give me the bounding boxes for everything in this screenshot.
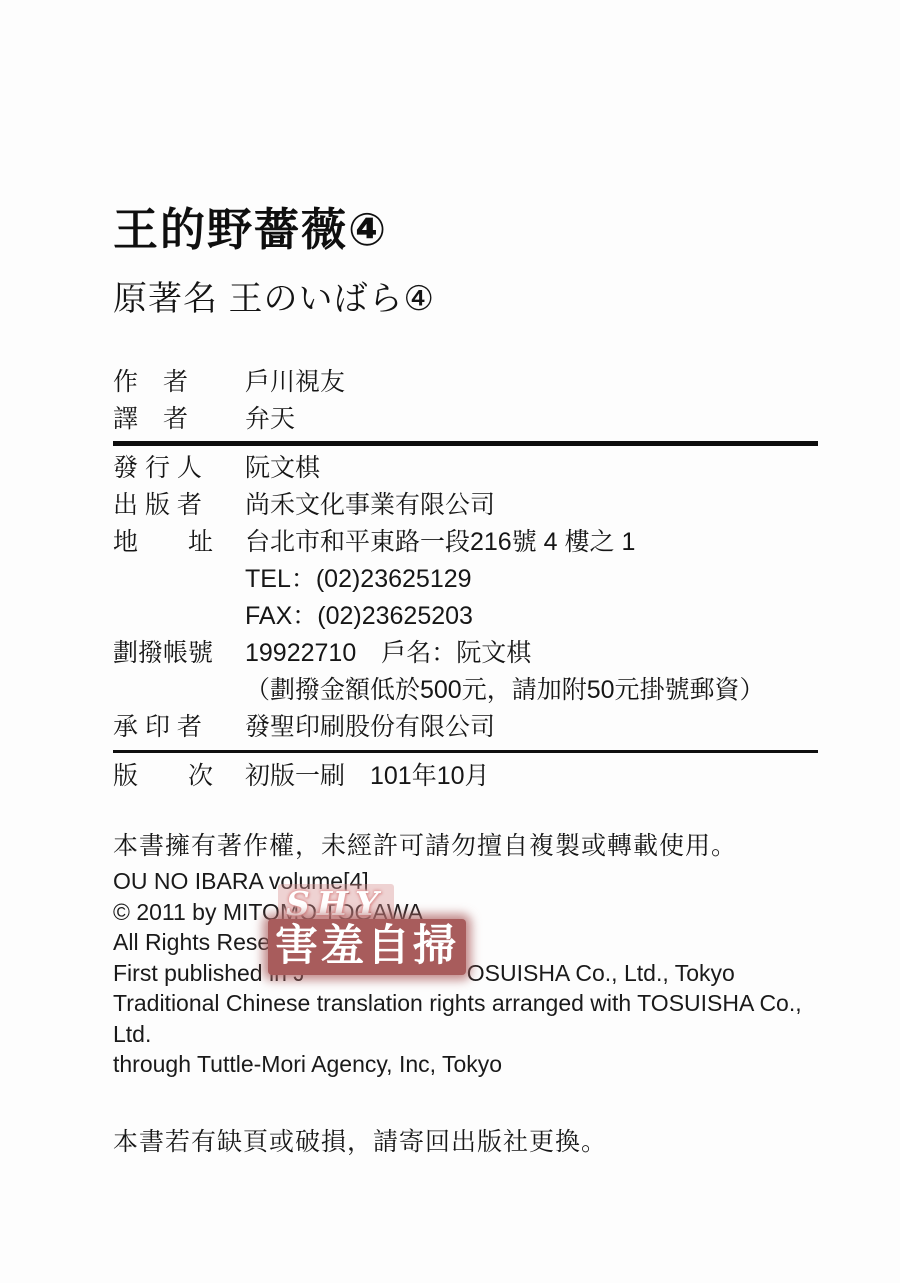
row-value: 弁天 — [245, 401, 828, 438]
row-value: 發聖印刷股份有限公司 — [245, 709, 828, 746]
first-published-suffix: OSUISHA Co., Ltd., Tokyo — [467, 960, 735, 986]
table-row-edition: 版 次 初版一刷 101年10月 — [113, 758, 828, 795]
colophon-page: 王的野薔薇④ 原著名 王のいばら④ 作 者 戶川視友 譯 者 弁天 發 行 人 … — [0, 0, 900, 1283]
row-value: 19922710 戶名：阮文棋 — [245, 635, 828, 672]
agency-line: through Tuttle-Mori Agency, Inc, Tokyo — [113, 1049, 828, 1080]
divider-thick — [113, 441, 818, 446]
table-row-author: 作 者 戶川視友 — [113, 364, 828, 401]
row-label: 承 印 者 — [113, 709, 245, 746]
row-label — [113, 598, 245, 635]
divider-thin — [113, 750, 818, 753]
table-row-fax: FAX：(02)23625203 — [113, 598, 828, 635]
row-value: 初版一刷 101年10月 — [245, 758, 828, 795]
page-title: 王的野薔薇④ — [113, 202, 828, 258]
row-label — [113, 561, 245, 598]
rights-block: 本書擁有著作權，未經許可請勿擅自複製或轉載使用。 OU NO IBARA vol… — [113, 826, 828, 1080]
table-row-printer: 承 印 者 發聖印刷股份有限公司 — [113, 709, 828, 746]
row-value: 尚禾文化事業有限公司 — [245, 487, 828, 524]
row-label: 作 者 — [113, 364, 245, 401]
copyright-notice-zh: 本書擁有著作權，未經許可請勿擅自複製或轉載使用。 — [113, 826, 828, 866]
reserved-line: All Rights Reserved — [113, 927, 828, 958]
copyright-line: © 2011 by MITOMO TOGAWA — [113, 897, 828, 928]
arranged-line: Traditional Chinese translation rights a… — [113, 988, 828, 1049]
table-row-address: 地 址 台北市和平東路一段216號 4 樓之 1 — [113, 524, 828, 561]
table-row-tel: TEL：(02)23625129 — [113, 561, 828, 598]
row-label: 發 行 人 — [113, 450, 245, 487]
row-value: 台北市和平東路一段216號 4 樓之 1 — [245, 524, 828, 561]
row-value: FAX：(02)23625203 — [245, 598, 828, 635]
row-label: 譯 者 — [113, 401, 245, 438]
row-label: 版 次 — [113, 758, 245, 795]
row-label — [113, 672, 245, 709]
colophon-content: 王的野薔薇④ 原著名 王のいばら④ 作 者 戶川視友 譯 者 弁天 發 行 人 … — [113, 202, 828, 1158]
row-value: 戶川視友 — [245, 364, 828, 401]
return-notice: 本書若有缺頁或破損，請寄回出版社更換。 — [113, 1122, 828, 1158]
publication-table: 作 者 戶川視友 譯 者 弁天 發 行 人 阮文棋 出 版 者 尚禾文化事業有限… — [113, 364, 828, 795]
row-value: 阮文棋 — [245, 450, 828, 487]
original-title: 原著名 王のいばら④ — [113, 271, 828, 320]
row-label: 劃撥帳號 — [113, 635, 245, 672]
first-published-line: First published in JOSUISHA Co., Ltd., T… — [113, 958, 828, 989]
row-value: TEL：(02)23625129 — [245, 561, 828, 598]
first-published-prefix: First published in J — [113, 960, 305, 986]
row-label: 地 址 — [113, 524, 245, 561]
row-label: 出 版 者 — [113, 487, 245, 524]
table-row-postal-note: （劃撥金額低於500元，請加附50元掛號郵資） — [113, 672, 828, 709]
table-row-translator: 譯 者 弁天 — [113, 401, 828, 438]
series-line: OU NO IBARA volume[4] — [113, 866, 828, 897]
table-row-publisher-company: 出 版 者 尚禾文化事業有限公司 — [113, 487, 828, 524]
table-row-publisher-person: 發 行 人 阮文棋 — [113, 450, 828, 487]
row-value: （劃撥金額低於500元，請加附50元掛號郵資） — [245, 672, 828, 709]
table-row-postal-account: 劃撥帳號 19922710 戶名：阮文棋 — [113, 635, 828, 672]
